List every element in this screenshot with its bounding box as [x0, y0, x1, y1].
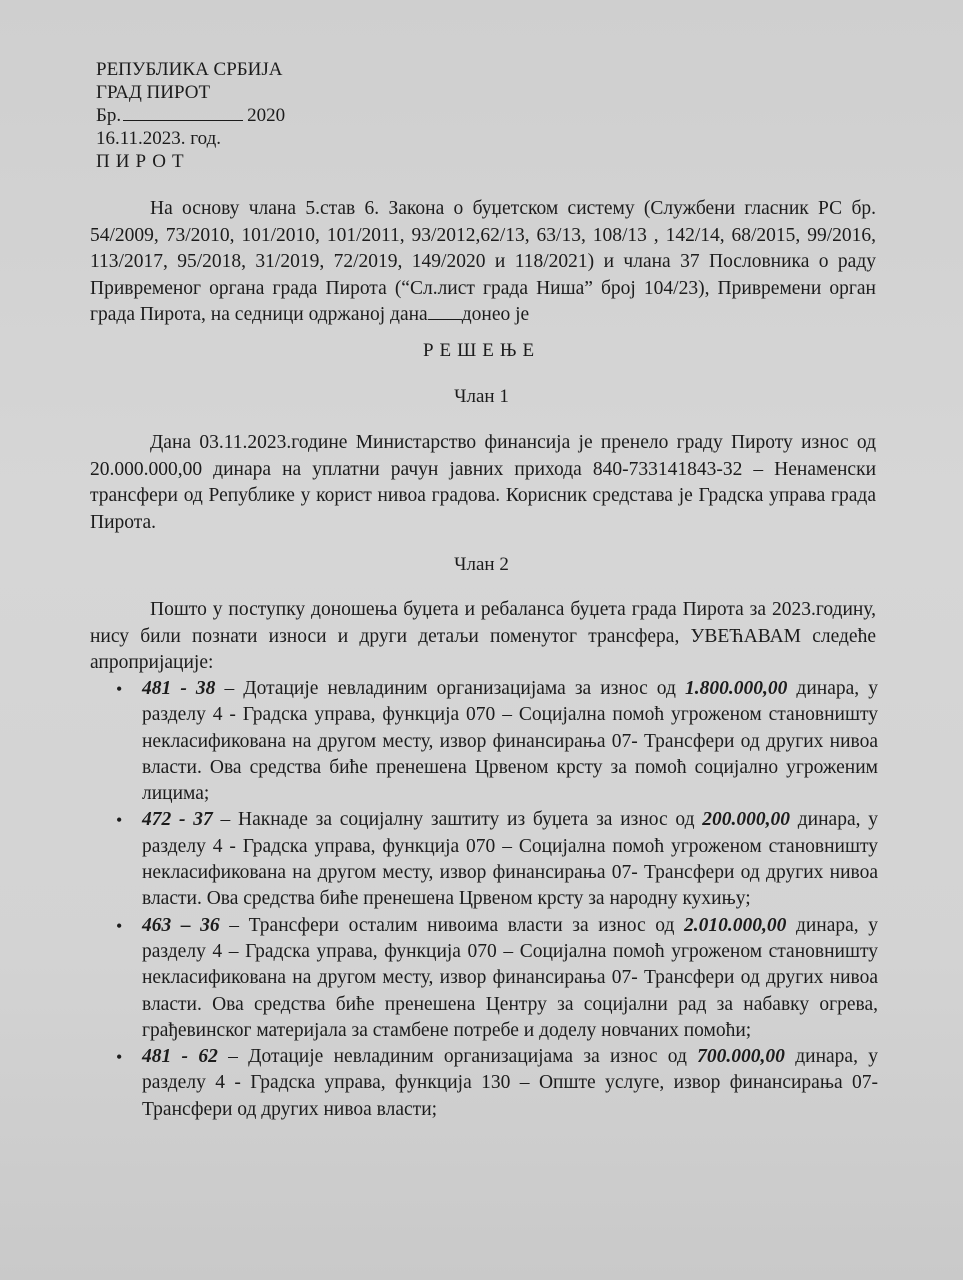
number-prefix: Бр.	[96, 105, 121, 126]
number-year: 2020	[247, 105, 285, 126]
header-number: Бр.2020	[96, 104, 285, 127]
preamble-end: донео је	[462, 304, 529, 325]
list-item: • 481 - 38 – Дотације невладиним организ…	[142, 676, 878, 807]
item-code: 463 – 36	[142, 915, 220, 936]
item-desc: – Дотације невладиним организацијама за …	[215, 678, 685, 699]
header-city: ГРАД ПИРОТ	[96, 81, 285, 104]
bullet-icon: •	[116, 676, 122, 702]
article-1-heading: Члан 1	[0, 386, 963, 408]
list-item: • 463 – 36 – Трансфери осталим нивоима в…	[142, 913, 878, 1044]
list-item: • 472 - 37 – Накнаде за социјалну заштит…	[142, 807, 878, 912]
list-item: • 481 - 62 – Дотације невладиним организ…	[142, 1044, 878, 1123]
item-amount: 2.010.000,00	[684, 915, 786, 936]
preamble: На основу члана 5.став 6. Закона о буџет…	[90, 196, 876, 329]
document-header: РЕПУБЛИКА СРБИЈА ГРАД ПИРОТ Бр.2020 16.1…	[96, 58, 285, 173]
item-amount: 200.000,00	[702, 809, 790, 830]
item-code: 472 - 37	[142, 809, 213, 830]
header-place: ПИРОТ	[96, 150, 285, 173]
article-1-text: Дана 03.11.2023.године Министарство фина…	[90, 430, 876, 536]
appropriations-list: • 481 - 38 – Дотације невладиним организ…	[142, 676, 878, 1123]
item-desc: – Накнаде за социјалну заштиту из буџета…	[213, 809, 703, 830]
item-code: 481 - 38	[142, 678, 215, 699]
item-code: 481 - 62	[142, 1046, 218, 1067]
item-amount: 700.000,00	[697, 1046, 785, 1067]
bullet-icon: •	[116, 1044, 122, 1070]
header-date: 16.11.2023. год.	[96, 127, 285, 150]
header-republic: РЕПУБЛИКА СРБИЈА	[96, 58, 285, 81]
bullet-icon: •	[116, 913, 122, 939]
item-amount: 1.800.000,00	[685, 678, 787, 699]
date-blank	[428, 305, 462, 320]
document-page: РЕПУБЛИКА СРБИЈА ГРАД ПИРОТ Бр.2020 16.1…	[0, 0, 963, 1280]
number-blank	[123, 106, 243, 121]
article-2-heading: Члан 2	[0, 554, 963, 576]
item-desc: – Дотације невладиним организацијама за …	[218, 1046, 697, 1067]
article-2-intro: Пошто у поступку доношења буџета и ребал…	[90, 597, 876, 677]
bullet-icon: •	[116, 807, 122, 833]
item-desc: – Трансфери осталим нивоима власти за из…	[220, 915, 684, 936]
document-title: РЕШЕЊЕ	[0, 340, 963, 362]
